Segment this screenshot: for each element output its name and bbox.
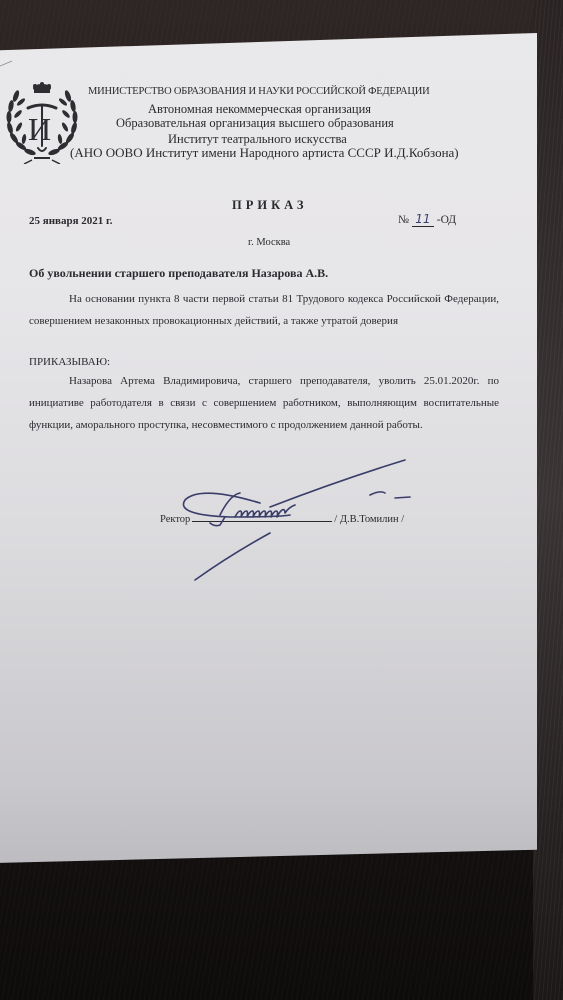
svg-text:И: И [28, 111, 51, 147]
institute-full-name: (АНО ООВО Институт имени Народного артис… [70, 145, 459, 161]
order-city: г. Москва [248, 237, 290, 248]
order-number: № 11 -ОД [398, 212, 456, 227]
number-prefix: № [398, 214, 409, 226]
handwritten-signature-icon [140, 455, 430, 585]
order-paragraph: Назарова Артема Владимировича, старшего … [29, 370, 499, 436]
photo-scene: И МИНИСТЕРСТВО ОБРАЗОВАНИЯ И НАУКИ РОССИ… [0, 0, 563, 1000]
ministry-name: МИНИСТЕРСТВО ОБРАЗОВАНИЯ И НАУКИ РОССИЙС… [88, 86, 430, 97]
number-value: 11 [412, 212, 434, 227]
number-suffix: -ОД [437, 214, 456, 226]
order-heading: ПРИКАЗЫВАЮ: [29, 356, 110, 368]
document-title: ПРИКАЗ [232, 198, 307, 213]
order-subject: Об увольнении старшего преподавателя Наз… [29, 266, 328, 281]
order-document: И МИНИСТЕРСТВО ОБРАЗОВАНИЯ И НАУКИ РОССИ… [0, 0, 563, 1000]
order-date: 25 января 2021 г. [29, 215, 113, 227]
org-category: Образовательная организация высшего обра… [116, 116, 394, 131]
pencil-mark-icon [0, 58, 14, 68]
org-type: Автономная некоммерческая организация [148, 102, 371, 117]
basis-paragraph: На основании пункта 8 части первой стать… [29, 288, 499, 332]
